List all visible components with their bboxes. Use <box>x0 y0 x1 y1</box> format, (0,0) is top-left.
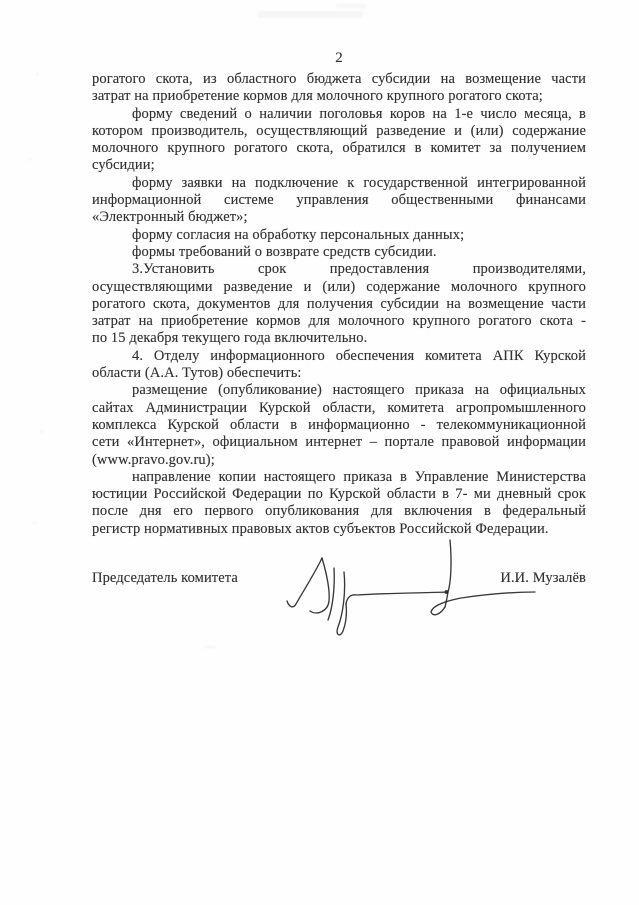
handwritten-signature <box>283 530 545 645</box>
scan-artifact <box>28 158 32 160</box>
scan-artifact <box>336 4 366 8</box>
document-body: рогатого скота, из областного бюджета су… <box>92 71 586 538</box>
text-line: формы требований о возврате средств субс… <box>92 244 586 261</box>
text-line: (www.pravo.gov.ru); <box>92 452 586 469</box>
text-line: комплекса Курской области в информационн… <box>92 417 586 434</box>
scan-artifact <box>40 430 43 433</box>
text-line: субсидии; <box>92 157 586 174</box>
text-line: рогатого скота, документов для получения… <box>92 296 586 313</box>
signature-ink-blob <box>445 590 449 594</box>
text-line: направление копии настоящего приказа в У… <box>92 469 586 486</box>
text-line: рогатого скота, из областного бюджета су… <box>92 71 586 88</box>
text-line: 3.Установить срок предоставления произво… <box>92 261 586 278</box>
scanned-document-page: 2 рогатого скота, из областного бюджета … <box>0 0 639 905</box>
scan-artifact <box>36 73 39 75</box>
text-line: форму заявки на подключение к государств… <box>92 175 586 192</box>
text-line: затрат на приобретение кормов для молочн… <box>92 313 586 330</box>
text-line: затрат на приобретение кормов для молочн… <box>92 88 586 105</box>
text-line: форму сведений о наличии поголовья коров… <box>92 106 586 123</box>
text-line: информационной системе управления общест… <box>92 192 586 209</box>
page-number: 2 <box>92 50 586 67</box>
text-line: после дня его первого опубликования для … <box>92 503 586 520</box>
text-line: котором производитель, осуществляющий ра… <box>92 123 586 140</box>
text-line: 4. Отделу информационного обеспечения ко… <box>92 348 586 365</box>
text-line: сайтах Администрации Курской области, ко… <box>92 400 586 417</box>
text-line: размещение (опубликование) настоящего пр… <box>92 382 586 399</box>
text-line: «Электронный бюджет»; <box>92 209 586 226</box>
text-line: области (А.А. Тутов) обеспечить: <box>92 365 586 382</box>
signature-role: Председатель комитета <box>92 570 238 587</box>
scan-artifact <box>33 522 36 524</box>
text-line: юстиции Российской Федерации по Курской … <box>92 486 586 503</box>
text-line: форму согласия на обработку персональных… <box>92 227 586 244</box>
scan-artifact <box>258 11 363 18</box>
text-line: сети «Интернет», официальном интернет – … <box>92 434 586 451</box>
text-line: молочного крупного рогатого скота, обрат… <box>92 140 586 157</box>
text-line: осуществляющими разведение и (или) содер… <box>92 279 586 296</box>
text-line: по 15 декабря текущего года включительно… <box>92 330 586 347</box>
scan-artifact <box>204 646 216 648</box>
